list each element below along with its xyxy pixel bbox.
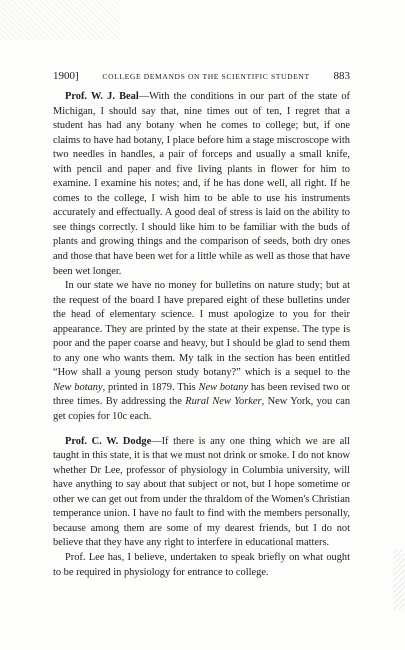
paragraph-text: —If there is any one thing which we are …	[53, 436, 350, 549]
publication-title: Rural New Yorker	[185, 396, 261, 407]
paragraph-dodge: Prof. C. W. Dodge—If there is any one th…	[53, 435, 350, 551]
paragraph-bulletins: In our state we have no money for bullet…	[53, 279, 350, 424]
scan-noise	[393, 550, 405, 610]
speaker-name: Prof. C. W. Dodge	[65, 436, 151, 447]
paragraph-lee: Prof. Lee has, I believe, undertaken to …	[53, 551, 350, 580]
page-number: 883	[333, 70, 350, 82]
book-title: New botany	[199, 382, 249, 393]
book-title: New botany	[53, 382, 103, 393]
year-label: 1900]	[53, 70, 79, 82]
speaker-name: Prof. W. J. Beal	[65, 91, 139, 102]
scan-noise	[0, 0, 120, 40]
running-header: 1900] COLLEGE DEMANDS ON THE SCIENTIFIC …	[53, 70, 350, 84]
paragraph-text: Prof. Lee has, I believe, undertaken to …	[53, 552, 350, 578]
running-title: COLLEGE DEMANDS ON THE SCIENTIFIC STUDEN…	[102, 72, 309, 81]
paragraph-text: , printed in 1879. This	[103, 382, 199, 393]
paragraph-text: In our state we have no money for bullet…	[53, 280, 350, 378]
page-body: Prof. W. J. Beal—With the conditions in …	[53, 90, 350, 580]
paragraph-beal: Prof. W. J. Beal—With the conditions in …	[53, 90, 350, 279]
paragraph-text: —With the conditions in our part of the …	[53, 91, 350, 277]
